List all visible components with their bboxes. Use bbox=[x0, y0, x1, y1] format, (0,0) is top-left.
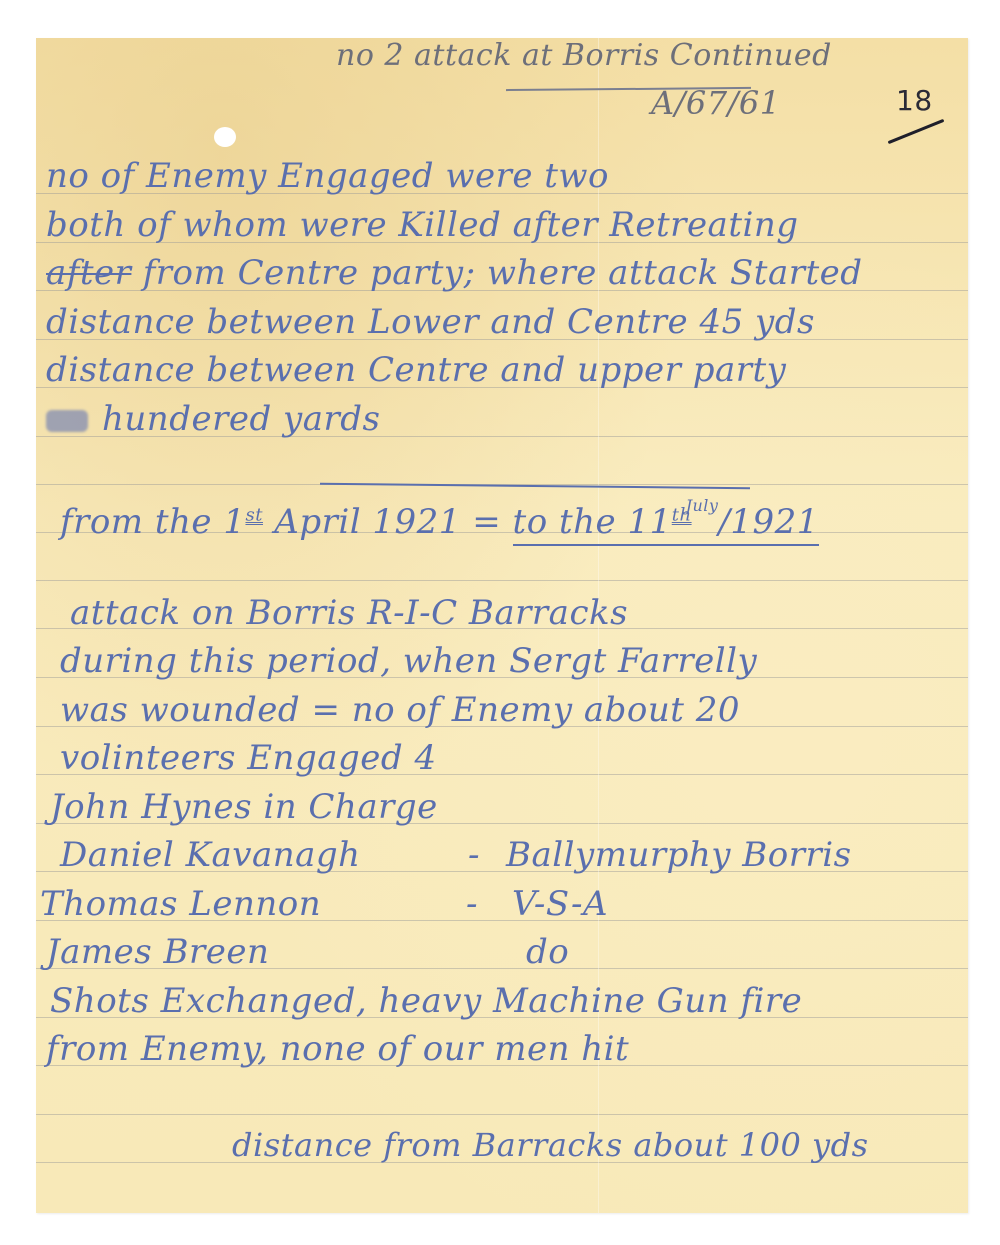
text-line-lower-centre-distance: distance between Lower and Centre 45 yds bbox=[46, 302, 815, 342]
text-line-enemy-engaged: no of Enemy Engaged were two bbox=[46, 156, 609, 196]
month-insert: July bbox=[686, 496, 719, 515]
ordinal-st: st bbox=[245, 505, 262, 526]
text-line-hundred-yards: hundered yards bbox=[46, 399, 380, 439]
date-overline bbox=[320, 483, 750, 490]
text-line-none-hit: from Enemy, none of our men hit bbox=[46, 1029, 629, 1069]
volunteer-dash: - bbox=[468, 835, 480, 875]
date-to-day: to the 11 bbox=[513, 502, 672, 542]
ink-smudge bbox=[46, 410, 88, 432]
text-line-wounded: was wounded = no of Enemy about 20 bbox=[60, 690, 740, 730]
text-line-centre-party: after from Centre party; where attack St… bbox=[46, 253, 863, 293]
volunteer-name: Thomas Lennon bbox=[40, 884, 321, 924]
page-number-stroke bbox=[888, 119, 945, 144]
volunteer-name: James Breen bbox=[46, 932, 269, 972]
text-line-in-charge: John Hynes in Charge bbox=[50, 787, 438, 827]
date-april: April 1921 = bbox=[274, 502, 512, 542]
date-from: from the 1 bbox=[60, 502, 245, 542]
page-number: 18 bbox=[896, 84, 933, 117]
volunteer-dash: - bbox=[466, 884, 478, 924]
volunteer-place: do bbox=[526, 932, 569, 972]
text-centre-party: from Centre party; where attack Started bbox=[143, 253, 863, 293]
struck-word: after bbox=[46, 253, 131, 293]
date-to: to the 11thJuly/1921 bbox=[513, 502, 819, 546]
header-title: no 2 attack at Borris Continued bbox=[336, 38, 832, 73]
text-line-volunteers-engaged: volinteers Engaged 4 bbox=[60, 738, 437, 778]
punch-hole bbox=[214, 127, 236, 147]
archive-reference: A/67/61 bbox=[651, 84, 781, 122]
text-line-sergt-farrelly: during this period, when Sergt Farrelly bbox=[60, 641, 757, 681]
text-line-shots-exchanged: Shots Exchanged, heavy Machine Gun fire bbox=[50, 981, 802, 1021]
volunteer-place: V-S-A bbox=[512, 884, 608, 924]
text-line-centre-upper-distance: distance between Centre and upper party bbox=[46, 350, 786, 390]
text-line-barracks-distance: distance from Barracks about 100 yds bbox=[232, 1126, 869, 1164]
text-line-barracks-attack: attack on Borris R-I-C Barracks bbox=[70, 593, 628, 633]
volunteer-place: Ballymurphy Borris bbox=[506, 835, 852, 875]
text-hundred-yards: hundered yards bbox=[102, 399, 380, 439]
text-line-date-range: from the 1st April 1921 = to the 11thJul… bbox=[60, 496, 819, 542]
text-line-killed-retreating: both of whom were Killed after Retreatin… bbox=[46, 205, 799, 245]
volunteer-name: Daniel Kavanagh bbox=[60, 835, 361, 875]
letter-page: no 2 attack at Borris Continued A/67/61 … bbox=[36, 38, 968, 1213]
date-year: /1921 bbox=[718, 502, 818, 542]
